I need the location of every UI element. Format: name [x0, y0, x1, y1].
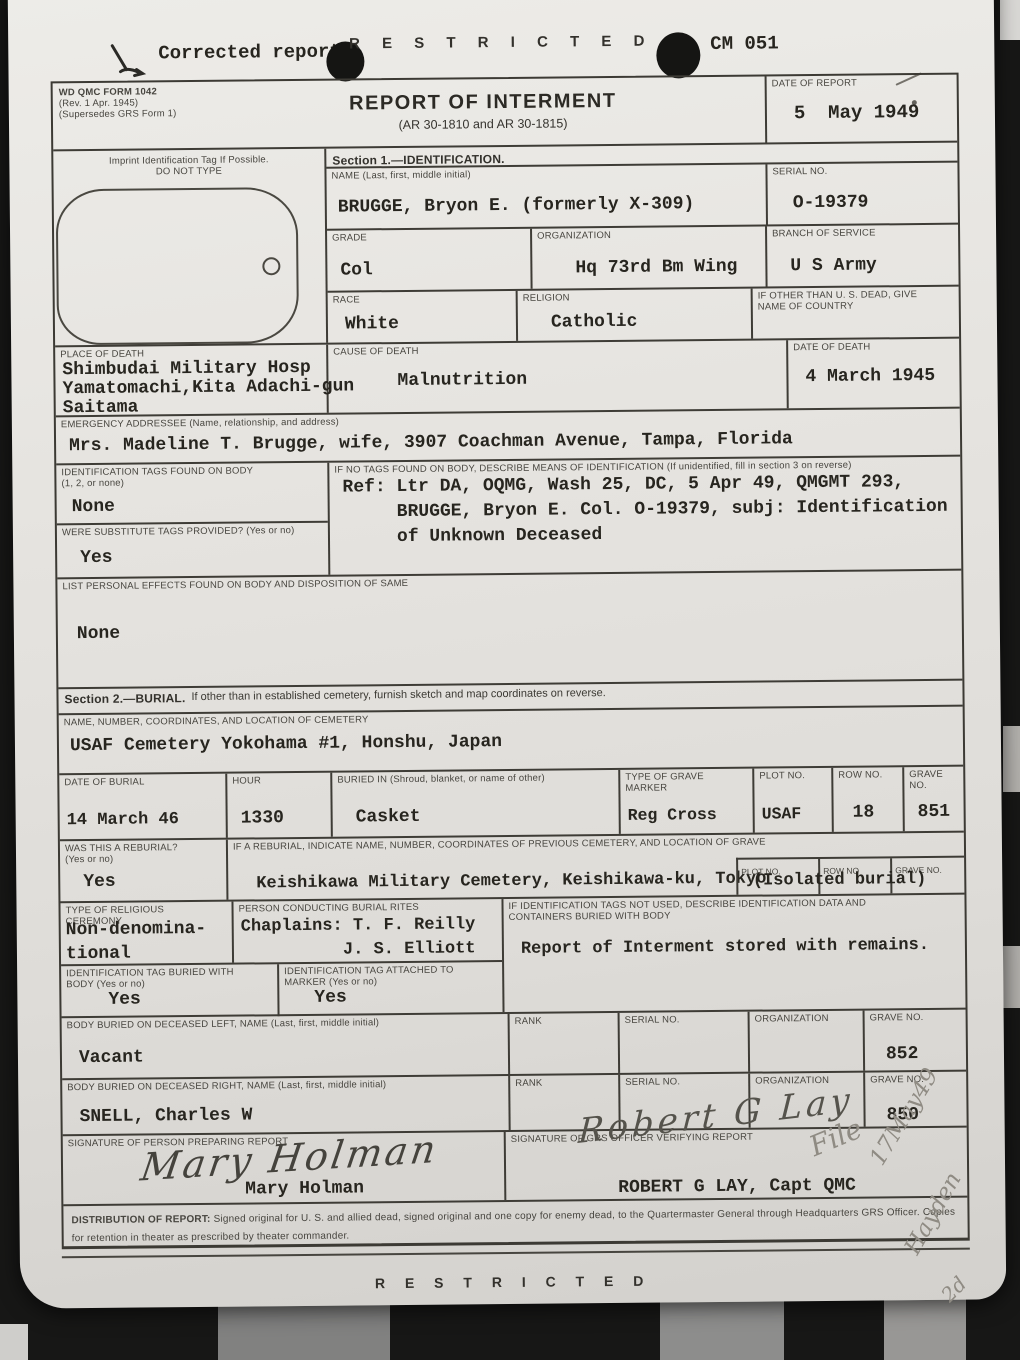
field-branch-of-service: BRANCH OF SERVICE U S Army: [767, 225, 959, 287]
field-body-left-organization: ORGANIZATION: [750, 1011, 866, 1072]
buried-in-label: BURIED IN (Shroud, blanket, or name of o…: [337, 772, 613, 786]
burial-rites-value: Chaplains: T. F. Reilly J. S. Elliott: [241, 913, 497, 963]
grave-no-label: GRAVE NO.: [870, 1012, 961, 1024]
field-religious-ceremony: TYPE OF RELIGIOUS CEREMONY Non-denomina-…: [60, 902, 234, 965]
place-of-death-value: Shimbudai Military Hosp Yamatomachi,Kita…: [62, 359, 322, 418]
grave-marker-label: TYPE OF GRAVE MARKER: [625, 771, 747, 794]
field-organization: ORGANIZATION Hq 73rd Bm Wing: [532, 226, 768, 288]
serial-no-label: SERIAL NO.: [772, 165, 952, 178]
country-label: IF OTHER THAN U. S. DEAD, GIVE NAME OF C…: [758, 289, 954, 313]
dog-tag-hole-icon: [262, 257, 280, 275]
form-supersedes: (Supersedes GRS Form 1): [59, 108, 177, 120]
field-place-of-death: PLACE OF DEATH Shimbudai Military Hosp Y…: [55, 345, 329, 416]
branch-label: BRANCH OF SERVICE: [772, 227, 953, 240]
field-buried-in: BURIED IN (Shroud, blanket, or name of o…: [332, 770, 621, 837]
tags-found-value: None: [72, 495, 323, 518]
organization-value: Hq 73rd Bm Wing: [575, 257, 760, 280]
field-cemetery: NAME, NUMBER, COORDINATES, AND LOCATION …: [59, 707, 964, 774]
race-value: White: [345, 313, 511, 336]
tags-found-label: IDENTIFICATION TAGS FOUND ON BODY (1, 2,…: [61, 465, 322, 490]
name-label: NAME (Last, first, middle initial): [331, 167, 760, 182]
scanner-background-block: [1003, 946, 1020, 1008]
field-body-left-serial: SERIAL NO.: [620, 1012, 751, 1073]
field-preparer-signature: SIGNATURE OF PERSON PREPARING REPORT Mar…: [63, 1132, 507, 1204]
personal-effects-value: None: [77, 616, 957, 645]
field-burial-rites: PERSON CONDUCTING BURIAL RITES Chaplains…: [233, 899, 502, 963]
organization-label: ORGANIZATION: [755, 1013, 858, 1025]
field-body-left-rank: RANK: [510, 1013, 621, 1074]
field-religion: RELIGION Catholic: [518, 289, 753, 341]
grave-no-label: GRAVE NO.: [909, 769, 958, 791]
body-right-value: SNELL, Charles W: [79, 1103, 503, 1128]
serial-label: SERIAL NO.: [625, 1014, 743, 1026]
cause-of-death-label: CAUSE OF DEATH: [333, 342, 781, 357]
section1-heading: Section 1.—IDENTIFICATION.: [332, 152, 504, 168]
field-tag-attached-to-marker: IDENTIFICATION TAG ATTACHED TO MARKER (Y…: [279, 962, 502, 1016]
imprint-tag-box: Imprint Identification Tag If Possible. …: [53, 149, 328, 346]
tag-attached-to-marker-label: IDENTIFICATION TAG ATTACHED TO MARKER (Y…: [284, 964, 497, 988]
date-of-report-value: 5 May 1949: [794, 102, 952, 125]
buried-in-value: Casket: [356, 805, 614, 828]
identification-data-value: Report of Interment stored with remains.: [521, 935, 960, 960]
date-of-report-label: DATE OF REPORT: [772, 77, 952, 90]
field-identification-data-with-body: IF IDENTIFICATION TAGS NOT USED, DESCRIB…: [503, 895, 965, 1012]
tag-buried-with-body-value: Yes: [108, 988, 272, 1011]
grade-label: GRADE: [332, 231, 525, 244]
religion-label: RELIGION: [523, 291, 746, 304]
date-of-death-value: 4 March 1945: [805, 366, 954, 388]
was-reburial-label: WAS THIS A REBURIAL? (Yes or no): [65, 842, 221, 865]
body-left-value: Vacant: [79, 1044, 503, 1069]
date-of-burial-label: DATE OF BURIAL: [64, 776, 220, 788]
organization-label: ORGANIZATION: [537, 229, 760, 242]
field-substitute-tags: WERE SUBSTITUTE TAGS PROVIDED? (Yes or n…: [57, 523, 328, 578]
tag-buried-with-body-label: IDENTIFICATION TAG BURIED WITH BODY (Yes…: [66, 966, 272, 990]
preparer-signature-typed: Mary Holman: [245, 1178, 364, 1200]
rank-label: RANK: [515, 1015, 613, 1027]
field-date-of-burial: DATE OF BURIAL 14 March 46: [59, 774, 228, 840]
section2-heading-note: If other than in established cemetery, f…: [191, 687, 606, 710]
distribution-label: DISTRIBUTION OF REPORT:: [71, 1214, 210, 1226]
field-tag-buried-with-body: IDENTIFICATION TAG BURIED WITH BODY (Yes…: [61, 964, 279, 1018]
grave-marker-value: Reg Cross: [628, 804, 748, 826]
name-value: BRUGGE, Bryon E. (formerly X-309): [338, 194, 761, 219]
field-serial-no: SERIAL NO. O-19379: [767, 163, 958, 225]
field-country-if-not-us: IF OTHER THAN U. S. DEAD, GIVE NAME OF C…: [753, 287, 959, 339]
row-no-label: ROW NO.: [838, 769, 897, 781]
cause-of-death-value: Malnutrition: [397, 367, 781, 392]
scanner-background-block: [1000, 0, 1020, 40]
substitute-tags-value: Yes: [80, 546, 323, 569]
punch-hole: [656, 32, 700, 78]
restricted-banner-top: R E S T R I C T E D: [8, 29, 994, 55]
report-of-interment-form: WD QMC FORM 1042 (Rev. 1 Apr. 1945) (Sup…: [51, 73, 970, 1250]
body-right-label: BODY BURIED ON DECEASED RIGHT, NAME (Las…: [67, 1078, 503, 1093]
isolated-burial-overlay: (Isolated burial): [753, 869, 927, 892]
body-left-grave-value: 852: [886, 1044, 961, 1066]
distribution-text: Signed original for U. S. and allied dea…: [72, 1207, 956, 1244]
form-header-row: WD QMC FORM 1042 (Rev. 1 Apr. 1945) (Sup…: [53, 75, 958, 152]
religious-ceremony-value: Non-denomina- tional: [66, 917, 227, 967]
cemetery-value: USAF Cemetery Yokohama #1, Honshu, Japan: [70, 728, 958, 758]
field-row-no: ROW NO. 18: [833, 767, 905, 832]
grade-value: Col: [340, 259, 525, 282]
scanner-background-block: [218, 1298, 390, 1360]
field-body-right-name: BODY BURIED ON DECEASED RIGHT, NAME (Las…: [62, 1076, 510, 1134]
date-of-death-label: DATE OF DEATH: [793, 341, 954, 354]
scanner-background-block: [1003, 726, 1020, 792]
verifier-signature-typed: ROBERT G LAY, Capt QMC: [618, 1176, 856, 1199]
date-of-burial-value: 14 March 46: [67, 809, 221, 831]
row-no-value: 18: [853, 802, 898, 823]
field-grade: GRADE Col: [327, 229, 533, 291]
field-cause-of-death: CAUSE OF DEATH Malnutrition: [328, 340, 789, 412]
means-of-identification-value: Ref: Ltr DA, OQMG, Wash 25, DC, 5 Apr 49…: [342, 470, 956, 551]
serial-label: SERIAL NO.: [625, 1076, 743, 1088]
emergency-addressee-value: Mrs. Madeline T. Brugge, wife, 3907 Coac…: [69, 428, 955, 458]
hour-label: HOUR: [232, 775, 325, 787]
field-personal-effects: LIST PERSONAL EFFECTS FOUND ON BODY AND …: [57, 571, 962, 688]
plot-no-label: PLOT NO.: [759, 770, 826, 782]
field-grave-marker: TYPE OF GRAVE MARKER Reg Cross: [620, 769, 755, 834]
scanned-document-sheet: Corrected report R E S T R I C T E D CM …: [8, 0, 1007, 1309]
form-bottom-rule: [62, 1248, 970, 1259]
body-left-label: BODY BURIED ON DECEASED LEFT, NAME (Last…: [67, 1016, 503, 1031]
field-hour: HOUR 1330: [227, 773, 333, 838]
hour-value: 1330: [241, 808, 326, 830]
tag-attached-to-marker-value: Yes: [314, 986, 497, 1009]
section2-heading: Section 2.—BURIAL.: [64, 691, 185, 711]
imprint-tag-label: Imprint Identification Tag If Possible. …: [58, 154, 319, 179]
grave-no-value: 851: [918, 802, 959, 823]
plot-no-value: USAF: [762, 803, 827, 825]
scanner-background-block: [0, 1324, 28, 1360]
field-name: NAME (Last, first, middle initial) BRUGG…: [326, 164, 768, 228]
rank-label: RANK: [515, 1077, 613, 1089]
form-title: REPORT OF INTERMENT: [268, 89, 698, 116]
field-race: RACE White: [328, 291, 518, 343]
identification-data-label: IF IDENTIFICATION TAGS NOT USED, DESCRIB…: [508, 897, 959, 923]
section1-block: Imprint Identification Tag If Possible. …: [53, 143, 959, 348]
serial-no-value: O-19379: [793, 192, 953, 215]
religion-value: Catholic: [551, 311, 746, 334]
field-date-of-report: DATE OF REPORT 5 May 1949: [765, 75, 958, 143]
substitute-tags-label: WERE SUBSTITUTE TAGS PROVIDED? (Yes or n…: [62, 525, 323, 539]
field-means-of-identification: IF NO TAGS FOUND ON BODY, DESCRIBE MEANS…: [329, 457, 961, 575]
field-body-left-name: BODY BURIED ON DECEASED LEFT, NAME (Last…: [62, 1014, 511, 1078]
field-plot-no: PLOT NO. USAF: [754, 768, 834, 833]
cm-file-number: CM 051: [710, 33, 779, 55]
field-previous-cemetery: IF A REBURIAL, INDICATE NAME, NUMBER, CO…: [228, 833, 965, 900]
was-reburial-value: Yes: [83, 871, 221, 893]
branch-value: U S Army: [790, 255, 953, 278]
field-grave-no: GRAVE NO. 851: [904, 767, 964, 832]
field-tags-found-on-body: IDENTIFICATION TAGS FOUND ON BODY (1, 2,…: [56, 463, 328, 526]
field-was-reburial: WAS THIS A REBURIAL? (Yes or no) Yes: [60, 840, 229, 902]
previous-cemetery-value: Keishikawa Military Cemetery, Keishikawa…: [256, 869, 766, 895]
form-subtitle: (AR 30-1810 and AR 30-1815): [268, 115, 698, 133]
race-label: RACE: [333, 293, 511, 306]
field-date-of-death: DATE OF DEATH 4 March 1945: [788, 339, 960, 409]
field-body-left-grave: GRAVE NO. 852: [865, 1010, 967, 1071]
restricted-banner-bottom: R E S T R I C T E D: [20, 1269, 1006, 1294]
